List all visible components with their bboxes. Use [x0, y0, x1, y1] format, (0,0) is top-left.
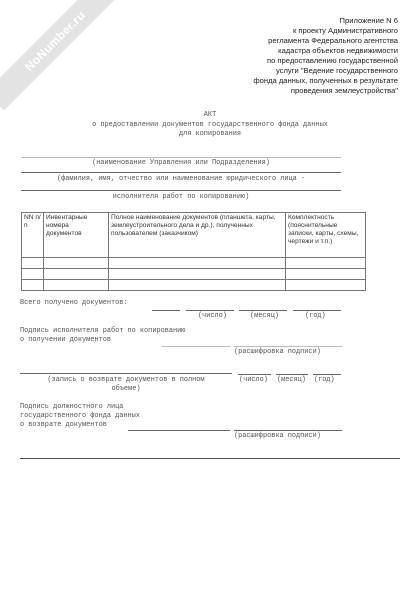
executor-signature-label-1: Подпись исполнителя работ по копированию: [20, 327, 185, 335]
table-row: [22, 269, 366, 280]
appendix-line: Приложение N 6: [178, 16, 398, 26]
official-signature-label-2: государственного фонда данных: [20, 412, 140, 420]
appendix-line: регламента Федерального агентства: [178, 36, 398, 46]
return-record-caption-2: объеме): [20, 385, 232, 393]
appendix-line: кадастра объектов недвижимости: [178, 46, 398, 56]
bottom-divider: [20, 458, 400, 459]
appendix-line: фонда данных, полученных в результате: [178, 76, 398, 86]
table-header-row: NN п/п Инвентарные номера документов Пол…: [22, 213, 366, 258]
appendix-line: проведения землеустройства": [178, 86, 398, 96]
department-caption: (наименование Управления или Подразделен…: [21, 159, 341, 167]
received-year-field[interactable]: [293, 310, 341, 311]
received-label: Всего получено документов:: [20, 299, 128, 307]
received-count-field[interactable]: [152, 310, 180, 311]
watermark: NoNumber.ru: [0, 0, 124, 110]
title-line-1: о предоставлении документов государствен…: [20, 121, 400, 131]
received-year-caption: (год): [305, 312, 326, 320]
table-cell[interactable]: [286, 258, 366, 269]
executor-caption-1: (фамилия, имя, отчество или наименование…: [21, 175, 341, 183]
appendix-line: по предоставлению государственной: [178, 56, 398, 66]
executor-field-2[interactable]: [21, 190, 341, 191]
official-signature-label-3: о возврате документов: [20, 421, 107, 429]
table-cell[interactable]: [286, 280, 366, 291]
received-day-caption: (число): [198, 312, 227, 320]
table-cell[interactable]: [286, 269, 366, 280]
col-header-number: NN п/п: [22, 213, 44, 258]
table-cell[interactable]: [109, 269, 286, 280]
table-cell[interactable]: [44, 269, 109, 280]
official-signature-decode-field[interactable]: [234, 430, 342, 431]
table-cell[interactable]: [44, 258, 109, 269]
table-cell[interactable]: [44, 280, 109, 291]
return-day-caption: (число): [239, 376, 268, 384]
table-cell[interactable]: [22, 258, 44, 269]
return-year-caption: (год): [314, 376, 335, 384]
official-signature-label-1: Подпись должностного лица: [20, 403, 123, 411]
table-row: [22, 258, 366, 269]
executor-caption-2: исполнителя работ по копированию): [21, 193, 341, 201]
received-month-caption: (месяц): [250, 312, 279, 320]
executor-signature-label-2: о получении документов: [20, 336, 111, 344]
table-cell[interactable]: [109, 280, 286, 291]
document-title: АКТ о предоставлении документов государс…: [20, 111, 400, 140]
table-row: [22, 280, 366, 291]
return-day-field[interactable]: [238, 374, 271, 375]
official-decode-caption: (расшифровка подписи): [234, 432, 321, 440]
received-month-field[interactable]: [239, 310, 287, 311]
table-cell[interactable]: [22, 280, 44, 291]
return-month-caption: (месяц): [277, 376, 306, 384]
col-header-completeness: Комплектность (пояснительные записки, ка…: [286, 213, 366, 258]
executor-signature-decode-field[interactable]: [234, 346, 342, 347]
executor-signature-field[interactable]: [162, 346, 230, 347]
received-day-field[interactable]: [186, 310, 234, 311]
col-header-full-name: Полное наименование документов (планшета…: [109, 213, 286, 258]
appendix-line: к проекту Административного: [178, 26, 398, 36]
official-signature-field[interactable]: [128, 430, 230, 431]
return-record-caption-1: (запись о возврате документов в полном: [20, 376, 232, 384]
table-cell[interactable]: [22, 269, 44, 280]
return-month-field[interactable]: [276, 374, 308, 375]
return-year-field[interactable]: [313, 374, 341, 375]
executor-field-1[interactable]: [21, 172, 341, 173]
documents-table: NN п/п Инвентарные номера документов Пол…: [21, 212, 366, 291]
col-header-inventory: Инвентарные номера документов: [44, 213, 109, 258]
appendix-note: Приложение N 6 к проекту Административно…: [178, 16, 398, 96]
table-cell[interactable]: [109, 258, 286, 269]
department-field[interactable]: [21, 157, 341, 158]
title-heading: АКТ: [20, 111, 400, 121]
return-record-field[interactable]: [20, 373, 232, 374]
appendix-line: услуги "Ведение государственного: [178, 66, 398, 76]
title-line-2: для копирования: [20, 130, 400, 140]
executor-decode-caption: (расшифровка подписи): [234, 348, 321, 356]
